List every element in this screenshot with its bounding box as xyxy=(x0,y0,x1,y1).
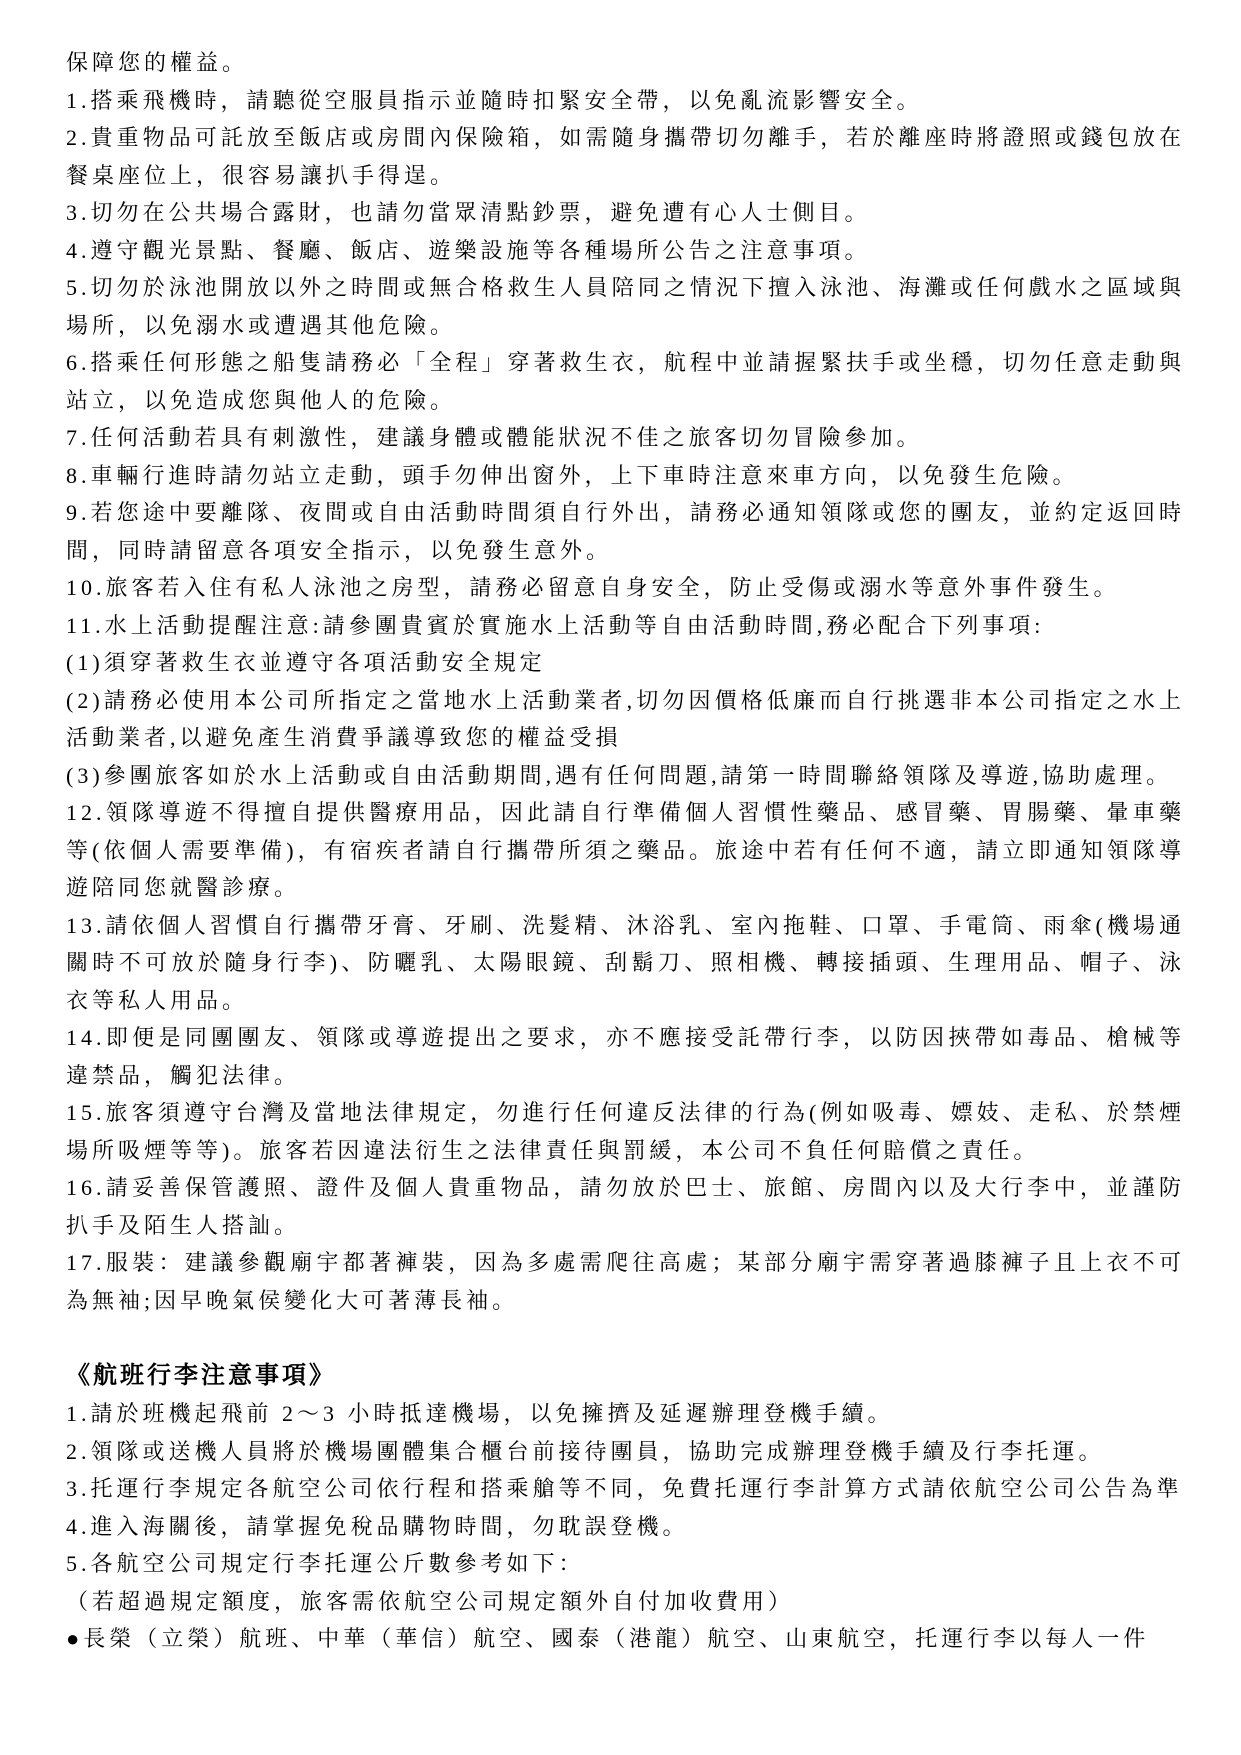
safety-note-2: 2.貴重物品可託放至飯店或房間內保險箱，如需隨身攜帶切勿離手，若於離座時將證照或… xyxy=(66,119,1185,194)
flight-note-2: 2.領隊或送機人員將於機場團體集合櫃台前接待團員，協助完成辦理登機手續及行李托運… xyxy=(66,1433,1185,1471)
section-heading-flight-baggage: 《航班行李注意事項》 xyxy=(66,1357,1185,1395)
safety-note-7: 7.任何活動若具有刺激性，建議身體或體能狀況不佳之旅客切勿冒險參加。 xyxy=(66,419,1185,457)
intro-line: 保障您的權益。 xyxy=(66,44,1185,82)
safety-note-10: 10.旅客若入住有私人泳池之房型，請務必留意自身安全，防止受傷或溺水等意外事件發… xyxy=(66,569,1185,607)
safety-note-16: 16.請妥善保管護照、證件及個人貴重物品，請勿放於巴士、旅館、房間內以及大行李中… xyxy=(66,1169,1185,1244)
flight-note-5-surcharge: （若超過規定額度，旅客需依航空公司規定額外自付加收費用） xyxy=(66,1583,1185,1621)
flight-note-3: 3.托運行李規定各航空公司依行程和搭乘艙等不同，免費托運行李計算方式請依航空公司… xyxy=(66,1470,1185,1508)
safety-note-1: 1.搭乘飛機時，請聽從空服員指示並隨時扣緊安全帶，以免亂流影響安全。 xyxy=(66,82,1185,120)
safety-note-11-sub-3: (3)參團旅客如於水上活動或自由活動期間,遇有任何問題,請第一時間聯絡領隊及導遊… xyxy=(66,757,1185,795)
safety-note-4: 4.遵守觀光景點、餐廳、飯店、遊樂設施等各種場所公告之注意事項。 xyxy=(66,232,1185,270)
safety-note-6: 6.搭乘任何形態之船隻請務必「全程」穿著救生衣，航程中並請握緊扶手或坐穩，切勿任… xyxy=(66,344,1185,419)
safety-note-11-sub-2: (2)請務必使用本公司所指定之當地水上活動業者,切勿因價格低廉而自行挑選非本公司… xyxy=(66,682,1185,757)
flight-note-airlines-bullet: ●長榮（立榮）航班、中華（華信）航空、國泰（港龍）航空、山東航空，托運行李以每人… xyxy=(66,1620,1185,1658)
safety-note-3: 3.切勿在公共場合露財，也請勿當眾清點鈔票，避免遭有心人士側目。 xyxy=(66,194,1185,232)
safety-note-13: 13.請依個人習慣自行攜帶牙膏、牙刷、洗髮精、沐浴乳、室內拖鞋、口罩、手電筒、雨… xyxy=(66,907,1185,1020)
safety-note-8: 8.車輛行進時請勿站立走動，頭手勿伸出窗外，上下車時注意來車方向，以免發生危險。 xyxy=(66,457,1185,495)
document-page: 保障您的權益。 1.搭乘飛機時，請聽從空服員指示並隨時扣緊安全帶，以免亂流影響安… xyxy=(0,0,1241,1755)
safety-note-14: 14.即便是同團團友、領隊或導遊提出之要求，亦不應接受託帶行李，以防因挾帶如毒品… xyxy=(66,1019,1185,1094)
section-gap xyxy=(66,1319,1185,1357)
safety-note-9: 9.若您途中要離隊、夜間或自由活動時間須自行外出，請務必通知領隊或您的團友，並約… xyxy=(66,494,1185,569)
safety-note-11: 11.水上活動提醒注意:請參團貴賓於實施水上活動等自由活動時間,務必配合下列事項… xyxy=(66,607,1185,645)
flight-note-5: 5.各航空公司規定行李托運公斤數參考如下： xyxy=(66,1545,1185,1583)
safety-note-17: 17.服裝：建議參觀廟宇都著褲裝，因為多處需爬往高處；某部分廟宇需穿著過膝褲子且… xyxy=(66,1244,1185,1319)
safety-note-5: 5.切勿於泳池開放以外之時間或無合格救生人員陪同之情況下擅入泳池、海灘或任何戲水… xyxy=(66,269,1185,344)
safety-note-11-sub-1: (1)須穿著救生衣並遵守各項活動安全規定 xyxy=(66,644,1185,682)
safety-note-12: 12.領隊導遊不得擅自提供醫療用品，因此請自行準備個人習慣性藥品、感冒藥、胃腸藥… xyxy=(66,794,1185,907)
flight-note-1: 1.請於班機起飛前 2～3 小時抵達機場，以免擁擠及延遲辦理登機手續。 xyxy=(66,1395,1185,1433)
safety-note-15: 15.旅客須遵守台灣及當地法律規定，勿進行任何違反法律的行為(例如吸毒、嫖妓、走… xyxy=(66,1094,1185,1169)
flight-note-4: 4.進入海關後，請掌握免稅品購物時間，勿耽誤登機。 xyxy=(66,1508,1185,1546)
